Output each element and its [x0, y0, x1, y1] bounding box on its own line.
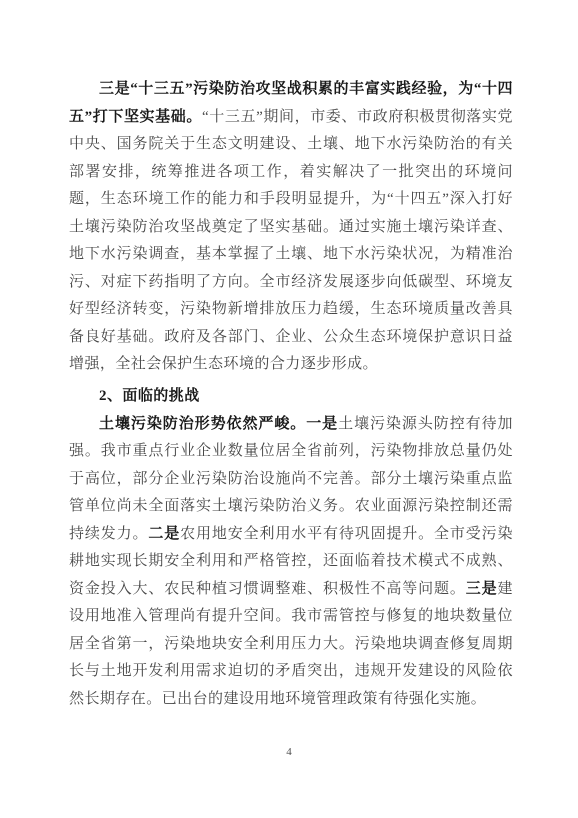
paragraph-body-text: 土壤污染源头防控有待加强。我市重点行业企业数量位居全省前列，污染物排放总量仍处于… [69, 416, 513, 542]
inline-emphasis-third: 三是 [466, 581, 498, 597]
paragraph-lead-bold: 土壤污染防治形势依然严峻。一是 [99, 416, 338, 432]
inline-emphasis-second: 二是 [148, 526, 180, 542]
document-content: 三是“十三五”污染防治攻坚战积累的丰富实践经验，为“十四五”打下坚实基础。“十三… [69, 76, 513, 714]
paragraph-experience: 三是“十三五”污染防治攻坚战积累的丰富实践经验，为“十四五”打下坚实基础。“十三… [69, 76, 513, 379]
page-number: 4 [0, 746, 578, 758]
paragraph-body-text: “十三五”期间，市委、市政府积极贯彻落实党中央、国务院关于生态文明建设、土壤、地… [69, 109, 513, 373]
paragraph-challenges: 土壤污染防治形势依然严峻。一是土壤污染源头防控有待加强。我市重点行业企业数量位居… [69, 411, 513, 714]
document-page: 三是“十三五”污染防治攻坚战积累的丰富实践经验，为“十四五”打下坚实基础。“十三… [0, 0, 578, 818]
section-heading-challenges: 2、面临的挑战 [69, 383, 513, 411]
paragraph-body-text: 建设用地准入管理尚有提升空间。我市需管控与修复的地块数量位居全省第一，污染地块安… [69, 581, 513, 707]
